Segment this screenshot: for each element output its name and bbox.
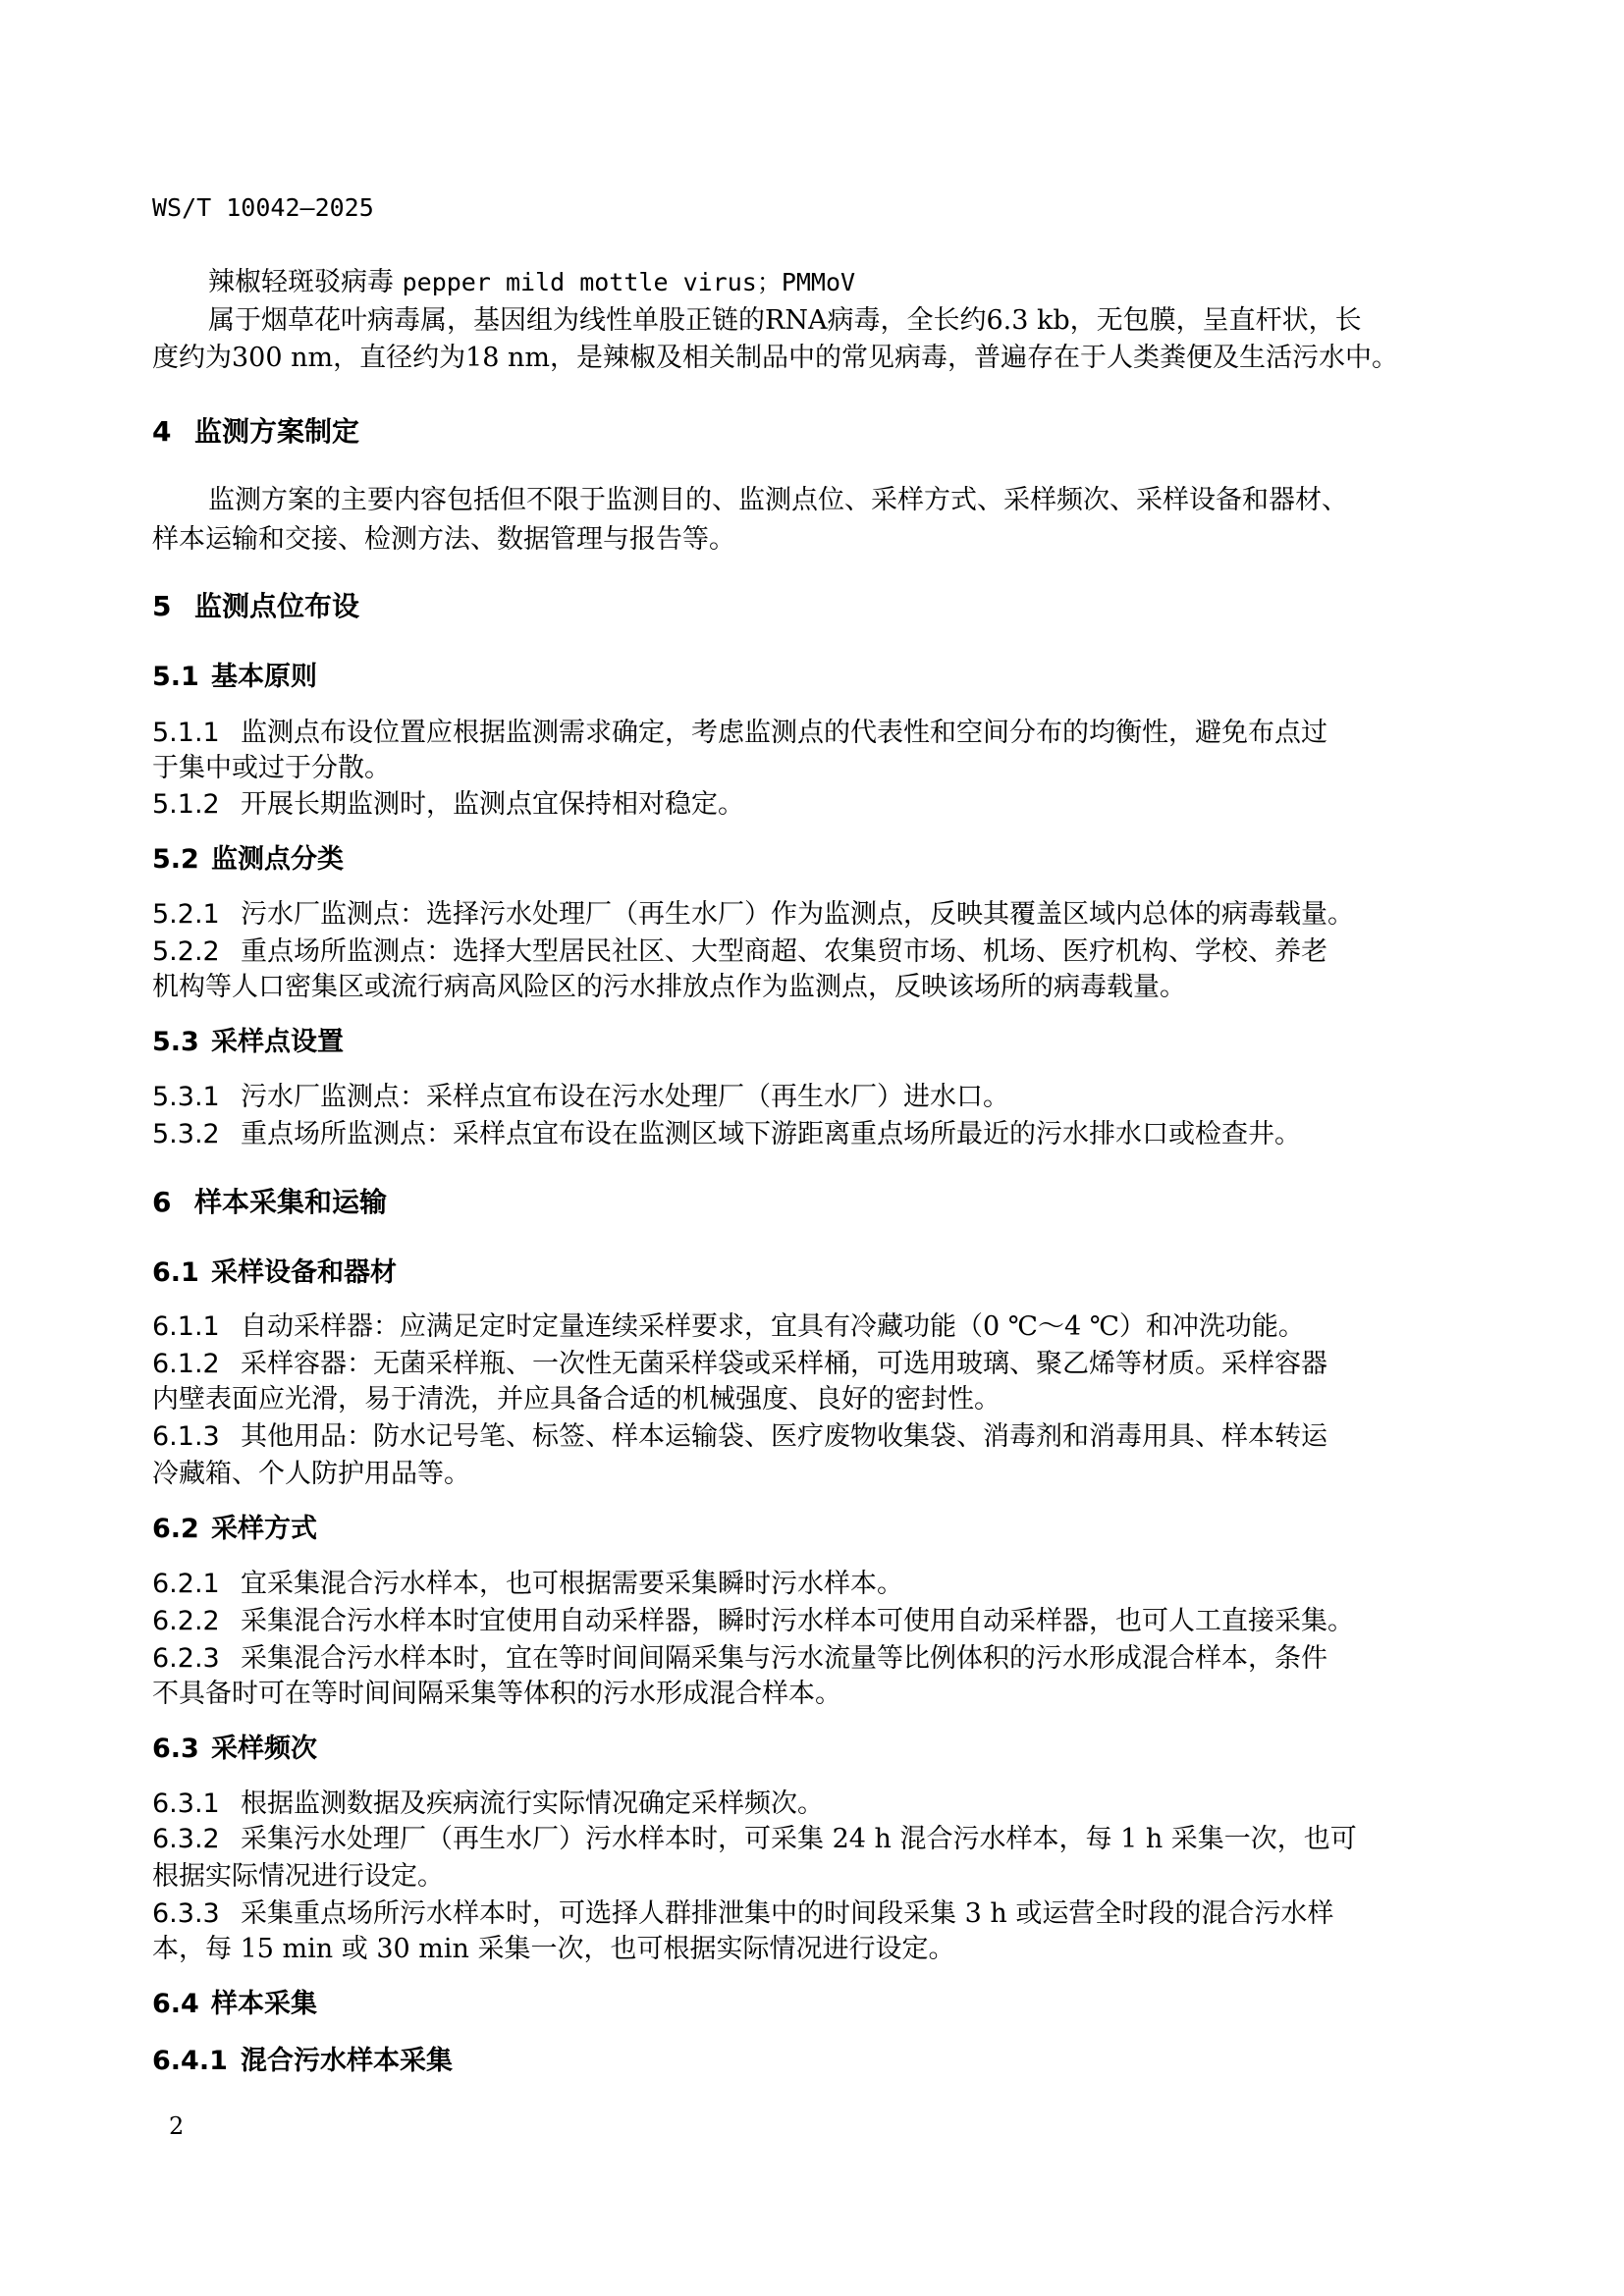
clause-6-2-1: 6.2.1宜采集混合污水样本，也可根据需要采集瞬时污水样本。 (152, 1566, 1438, 1603)
clause-5-1-2: 5.1.2开展长期监测时，监测点宜保持相对稳定。 (152, 786, 1438, 824)
document-page: WS/T 10042—2025 辣椒轻斑驳病毒 pepper mild mott… (0, 0, 1624, 2296)
section-heading-6-4: 6.4样本采集 (152, 1986, 1438, 2023)
clause-6-2-3: 6.2.3采集混合污水样本时，宜在等时间间隔采集与污水流量等比例体积的污水形成混… (152, 1640, 1438, 1678)
term-en: pepper mild mottle virus；PMMoV (403, 268, 856, 296)
clause-6-3-1: 6.3.1根据监测数据及疾病流行实际情况确定采样频次。 (152, 1786, 1438, 1823)
clause-5-2-2: 5.2.2重点场所监测点：选择大型居民社区、大型商超、农集贸市场、机场、医疗机构… (152, 934, 1438, 971)
clause-line: 内壁表面应光滑，易于清洗，并应具备合适的机械强度、良好的密封性。 (152, 1381, 1438, 1418)
section-heading-5-2: 5.2监测点分类 (152, 841, 1438, 879)
clause-5-1-1: 5.1.1监测点布设位置应根据监测需求确定，考虑监测点的代表性和空间分布的均衡性… (152, 715, 1438, 752)
section-heading-6-1: 6.1采样设备和器材 (152, 1255, 1438, 1292)
clause-5-2-1: 5.2.1污水厂监测点：选择污水处理厂（再生水厂）作为监测点，反映其覆盖区域内总… (152, 896, 1438, 934)
section-heading-6-3: 6.3采样频次 (152, 1731, 1438, 1768)
clause-line: 于集中或过于分散。 (152, 750, 1438, 787)
clause-5-3-1: 5.3.1污水厂监测点：采样点宜布设在污水处理厂（再生水厂）进水口。 (152, 1079, 1438, 1116)
clause-6-1-1: 6.1.1自动采样器：应满足定时定量连续采样要求，宜具有冷藏功能（0 ℃～4 ℃… (152, 1308, 1438, 1346)
term-definition-line: 度约为300 nm，直径约为18 nm，是辣椒及相关制品中的常见病毒，普遍存在于… (152, 340, 1438, 377)
section-heading-4: 4监测方案制定 (152, 413, 1438, 451)
clause-line: 冷藏箱、个人防护用品等。 (152, 1456, 1438, 1493)
paragraph-line: 样本运输和交接、检测方法、数据管理与报告等。 (152, 521, 1438, 559)
clause-6-1-2: 6.1.2采样容器：无菌采样瓶、一次性无菌采样袋或采样桶，可选用玻璃、聚乙烯等材… (152, 1346, 1438, 1383)
paragraph-line: 监测方案的主要内容包括但不限于监测目的、监测点位、采样方式、采样频次、采样设备和… (208, 482, 1494, 519)
clause-6-2-2: 6.2.2采集混合污水样本时宜使用自动采样器，瞬时污水样本可使用自动采样器，也可… (152, 1603, 1438, 1640)
section-heading-5-3: 5.3采样点设置 (152, 1024, 1438, 1061)
term-title: 辣椒轻斑驳病毒 pepper mild mottle virus；PMMoV (208, 264, 1494, 301)
clause-line: 机构等人口密集区或流行病高风险区的污水排放点作为监测点，反映该场所的病毒载量。 (152, 969, 1438, 1006)
section-heading-6: 6样本采集和运输 (152, 1184, 1438, 1221)
section-heading-5: 5监测点位布设 (152, 588, 1438, 625)
term-definition-line: 属于烟草花叶病毒属，基因组为线性单股正链的RNA病毒，全长约6.3 kb，无包膜… (208, 302, 1494, 340)
section-heading-6-2: 6.2采样方式 (152, 1511, 1438, 1548)
term-zh: 辣椒轻斑驳病毒 (208, 267, 394, 297)
clause-5-3-2: 5.3.2重点场所监测点：采样点宜布设在监测区域下游距离重点场所最近的污水排水口… (152, 1116, 1438, 1153)
clause-line: 不具备时可在等时间间隔采集等体积的污水形成混合样本。 (152, 1676, 1438, 1713)
clause-6-3-3: 6.3.3采集重点场所污水样本时，可选择人群排泄集中的时间段采集 3 h 或运营… (152, 1896, 1438, 1933)
standard-code-header: WS/T 10042—2025 (152, 193, 374, 222)
clause-line: 本，每 15 min 或 30 min 采集一次，也可根据实际情况进行设定。 (152, 1931, 1438, 1968)
clause-line: 根据实际情况进行设定。 (152, 1858, 1438, 1896)
section-heading-6-4-1: 6.4.1混合污水样本采集 (152, 2043, 1438, 2080)
section-heading-5-1: 5.1基本原则 (152, 659, 1438, 696)
clause-6-1-3: 6.1.3其他用品：防水记号笔、标签、样本运输袋、医疗废物收集袋、消毒剂和消毒用… (152, 1418, 1438, 1456)
page-number: 2 (169, 2112, 184, 2140)
clause-6-3-2: 6.3.2采集污水处理厂（再生水厂）污水样本时，可采集 24 h 混合污水样本，… (152, 1821, 1438, 1858)
